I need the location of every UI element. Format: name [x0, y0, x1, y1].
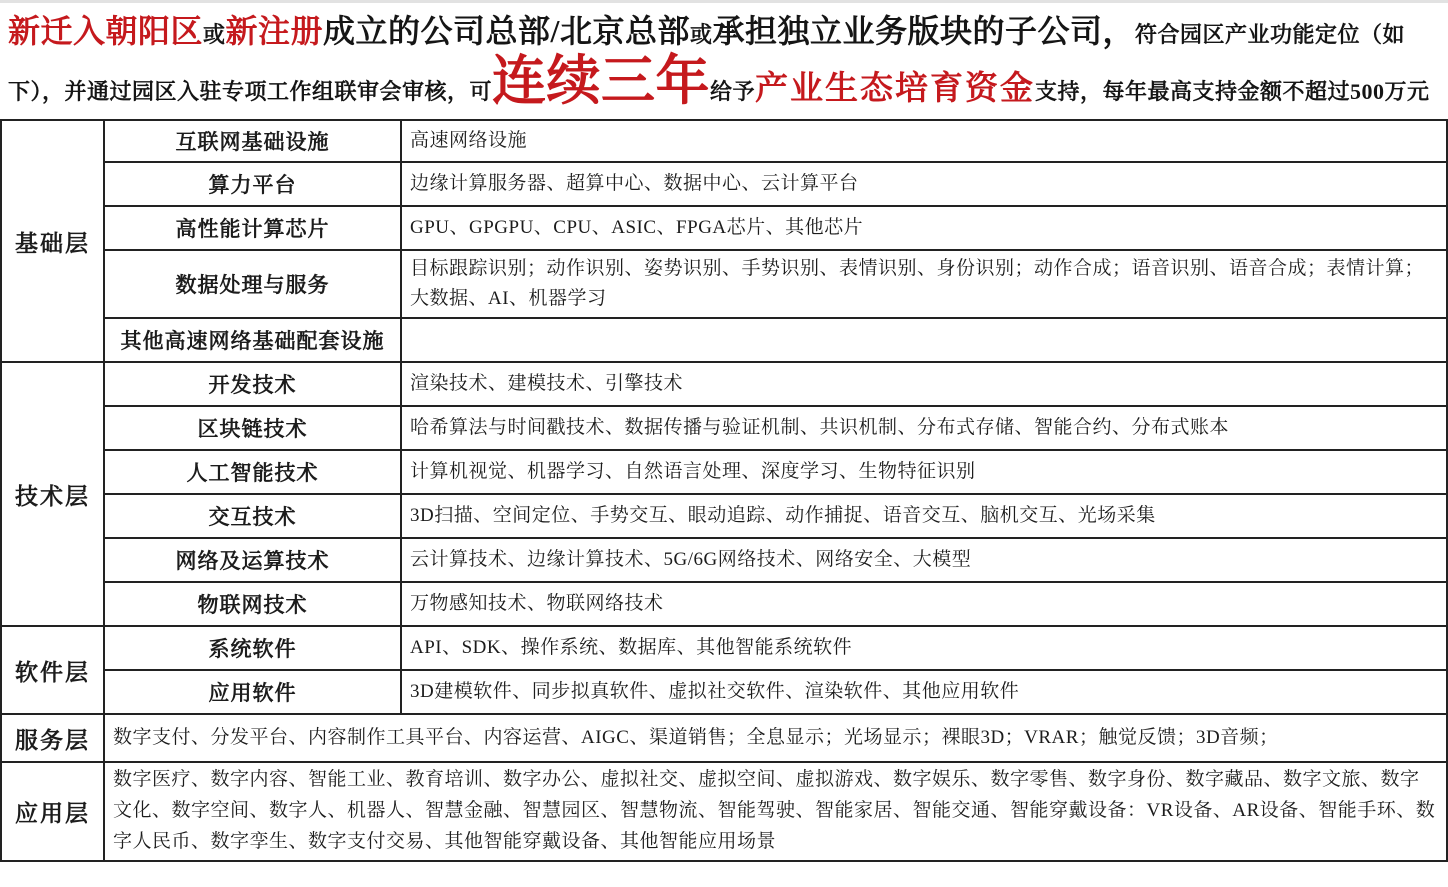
description-cell: API、SDK、操作系统、数据库、其他智能系统软件: [401, 626, 1447, 670]
header-support-amount: 支持，每年最高支持金额不超过500万元: [1035, 79, 1430, 104]
description-cell: 哈希算法与时间戳技术、数据传播与验证机制、共识机制、分布式存储、智能合约、分布式…: [401, 406, 1447, 450]
description-cell: 渲染技术、建模技术、引擎技术: [401, 362, 1447, 406]
table-row: 物联网技术 万物感知技术、物联网络技术: [1, 582, 1447, 626]
layer-cell-technology: 技术层: [1, 362, 104, 626]
category-cell: 高性能计算芯片: [104, 206, 401, 250]
description-cell: 云计算技术、边缘计算技术、5G/6G网络技术、网络安全、大模型: [401, 538, 1447, 582]
category-cell: 物联网技术: [104, 582, 401, 626]
description-cell: 边缘计算服务器、超算中心、数据中心、云计算平台: [401, 162, 1447, 206]
header-highlight-new-register: 新注册: [226, 13, 324, 49]
header-or-2: 或: [690, 22, 713, 47]
table-row: 算力平台 边缘计算服务器、超算中心、数据中心、云计算平台: [1, 162, 1447, 206]
category-cell: 交互技术: [104, 494, 401, 538]
description-cell: 高速网络设施: [401, 120, 1447, 162]
layer-cell-application: 应用层: [1, 762, 104, 860]
industry-layers-table: 基础层 互联网基础设施 高速网络设施 算力平台 边缘计算服务器、超算中心、数据中…: [0, 119, 1448, 861]
category-cell: 算力平台: [104, 162, 401, 206]
description-cell: 数字支付、分发平台、内容制作工具平台、内容运营、AIGC、渠道销售；全息显示；光…: [104, 714, 1447, 762]
table-row: 基础层 互联网基础设施 高速网络设施: [1, 120, 1447, 162]
description-cell: 万物感知技术、物联网络技术: [401, 582, 1447, 626]
category-cell: 人工智能技术: [104, 450, 401, 494]
category-cell: 开发技术: [104, 362, 401, 406]
header-highlight-three-years: 连续三年: [492, 51, 710, 111]
table-row: 应用层 数字医疗、数字内容、智能工业、教育培训、数字办公、虚拟社交、虚拟空间、虚…: [1, 762, 1447, 860]
description-cell: 计算机视觉、机器学习、自然语言处理、深度学习、生物特征识别: [401, 450, 1447, 494]
layer-cell-software: 软件层: [1, 626, 104, 714]
table-row: 应用软件 3D建模软件、同步拟真软件、虚拟社交软件、渲染软件、其他应用软件: [1, 670, 1447, 714]
table-row: 区块链技术 哈希算法与时间戳技术、数据传播与验证机制、共识机制、分布式存储、智能…: [1, 406, 1447, 450]
table-row: 人工智能技术 计算机视觉、机器学习、自然语言处理、深度学习、生物特征识别: [1, 450, 1447, 494]
header-highlight-new-move-in: 新迁入朝阳区: [8, 13, 203, 49]
header-subsidiary: 承担独立业务版块的子公司，: [712, 13, 1135, 49]
description-cell: [401, 318, 1447, 362]
table-row: 数据处理与服务 目标跟踪识别；动作识别、姿势识别、手势识别、表情识别、身份识别；…: [1, 250, 1447, 318]
header-or-1: 或: [203, 22, 226, 47]
category-cell: 其他高速网络基础配套设施: [104, 318, 401, 362]
category-cell: 网络及运算技术: [104, 538, 401, 582]
table-row: 服务层 数字支付、分发平台、内容制作工具平台、内容运营、AIGC、渠道销售；全息…: [1, 714, 1447, 762]
table-row: 网络及运算技术 云计算技术、边缘计算技术、5G/6G网络技术、网络安全、大模型: [1, 538, 1447, 582]
header-grant-word: 给予: [710, 79, 755, 104]
layer-cell-foundation: 基础层: [1, 120, 104, 362]
description-cell: 数字医疗、数字内容、智能工业、教育培训、数字办公、虚拟社交、虚拟空间、虚拟游戏、…: [104, 762, 1447, 860]
description-cell: 3D建模软件、同步拟真软件、虚拟社交软件、渲染软件、其他应用软件: [401, 670, 1447, 714]
table-row: 高性能计算芯片 GPU、GPGPU、CPU、ASIC、FPGA芯片、其他芯片: [1, 206, 1447, 250]
description-cell: GPU、GPGPU、CPU、ASIC、FPGA芯片、其他芯片: [401, 206, 1447, 250]
table-row: 技术层 开发技术 渲染技术、建模技术、引擎技术: [1, 362, 1447, 406]
category-cell: 互联网基础设施: [104, 120, 401, 162]
category-cell: 系统软件: [104, 626, 401, 670]
category-cell: 区块链技术: [104, 406, 401, 450]
header-company-hq: 成立的公司总部/北京总部: [323, 13, 690, 49]
description-cell: 目标跟踪识别；动作识别、姿势识别、手势识别、表情识别、身份识别；动作合成；语音识…: [401, 250, 1447, 318]
category-cell: 应用软件: [104, 670, 401, 714]
table-row: 交互技术 3D扫描、空间定位、手势交互、眼动追踪、动作捕捉、语音交互、脑机交互、…: [1, 494, 1447, 538]
category-cell: 数据处理与服务: [104, 250, 401, 318]
table-row: 其他高速网络基础配套设施: [1, 318, 1447, 362]
layer-cell-service: 服务层: [1, 714, 104, 762]
table-row: 软件层 系统软件 API、SDK、操作系统、数据库、其他智能系统软件: [1, 626, 1447, 670]
policy-header-paragraph: 新迁入朝阳区或新注册成立的公司总部/北京总部或承担独立业务版块的子公司，符合园区…: [0, 3, 1448, 113]
header-highlight-fund-name: 产业生态培育资金: [755, 71, 1035, 107]
description-cell: 3D扫描、空间定位、手势交互、眼动追踪、动作捕捉、语音交互、脑机交互、光场采集: [401, 494, 1447, 538]
